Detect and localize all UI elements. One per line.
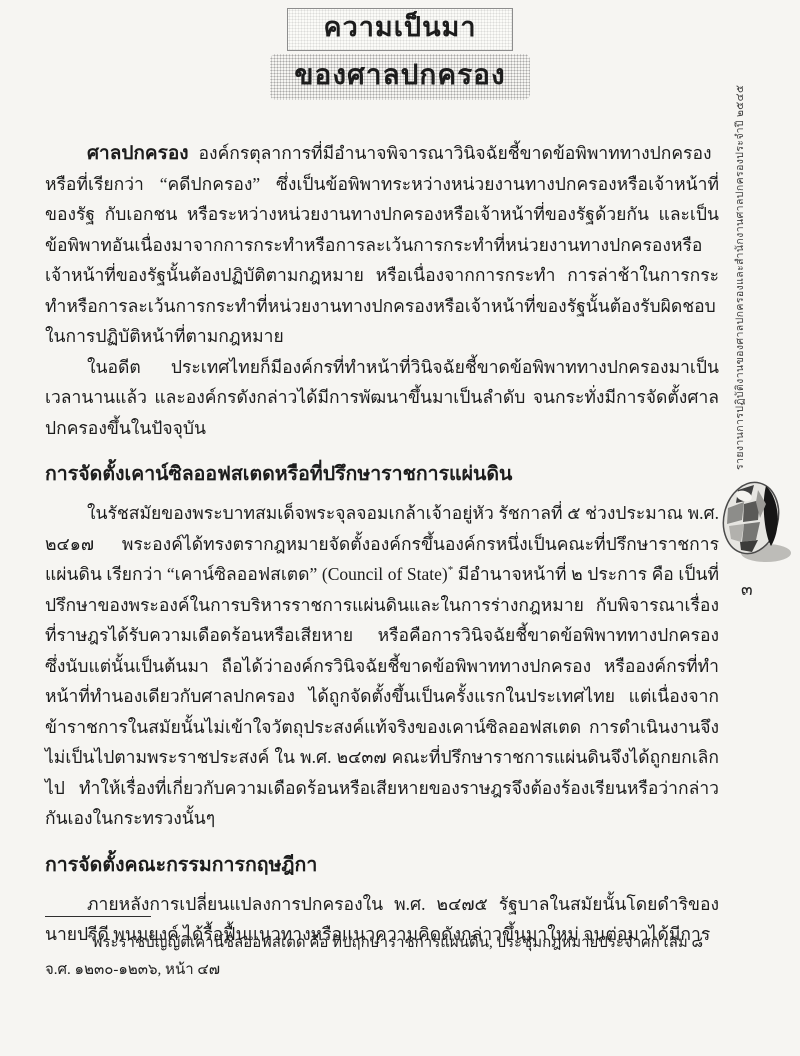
paragraph-council-of-state: ในรัชสมัยของพระบาทสมเด็จพระจุลจอมเกล้าเจ… [45, 498, 719, 834]
chapter-title-block: ความเป็นมา ของศาลปกครอง [0, 8, 800, 100]
paragraph-intro-text: องค์กรตุลาการที่มีอำนาจพิจารณาวินิจฉัยชี… [45, 143, 719, 346]
chapter-title-line1: ความเป็นมา [324, 12, 477, 43]
footnote-line1: พระราชบัญญัติเคาน์ซิลออฟสเตด คือ ที่ปฤกษ… [93, 935, 704, 951]
paragraph-council-post: มีอำนาจหน้าที่ ๒ ประการ คือ เป็นที่ปรึกษ… [45, 564, 719, 828]
gemstone-photo [714, 476, 794, 568]
gemstone-illustration [714, 476, 794, 568]
article-body: ศาลปกครององค์กรตุลาการที่มีอำนาจพิจารณาว… [45, 138, 719, 950]
document-page: ความเป็นมา ของศาลปกครอง ศาลปกครององค์กรต… [0, 0, 800, 1056]
chapter-title-line2: ของศาลปกครอง [294, 58, 505, 91]
chapter-title-box: ความเป็นมา [287, 8, 514, 51]
paragraph-intro: ศาลปกครององค์กรตุลาการที่มีอำนาจพิจารณาว… [45, 138, 719, 352]
page-number: ๓ [741, 576, 753, 603]
footnote-text: *พระราชบัญญัติเคาน์ซิลออฟสเตด คือ ที่ปฤก… [45, 930, 721, 984]
lead-term: ศาลปกครอง [87, 142, 189, 164]
section-heading-council-of-state: การจัดตั้งเคาน์ซิลออฟสเตดหรือที่ปรึกษารา… [45, 462, 719, 486]
section-heading-krisdika: การจัดตั้งคณะกรรมการกฤษฎีกา [45, 853, 719, 877]
chapter-title-banner: ของศาลปกครอง [270, 54, 529, 100]
paragraph-history: ในอดีต ประเทศไทยก็มีองค์กรที่ทำหน้าที่วิ… [45, 352, 719, 444]
running-title-vertical: รายงานการปฏิบัติงานของศาลปกครองและสำนักง… [734, 138, 748, 470]
footnote-divider [45, 916, 151, 917]
footnote-block: *พระราชบัญญัติเคาน์ซิลออฟสเตด คือ ที่ปฤก… [45, 916, 721, 984]
footnote-line2: จ.ศ. ๑๒๓๐-๑๒๓๖, หน้า ๔๗ [45, 962, 220, 978]
